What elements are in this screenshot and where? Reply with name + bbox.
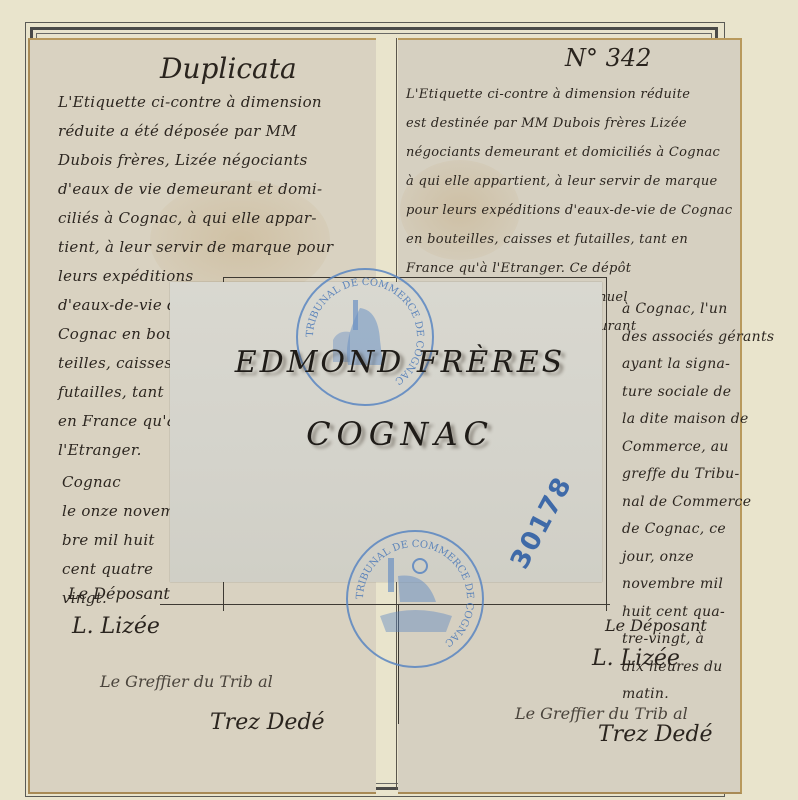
document-number: N° 342 <box>565 44 651 72</box>
tribunal-stamp-bottom: TRIBUNAL DE COMMERCE DE COGNAC <box>346 530 484 668</box>
right-clerk-label: Le Greffier du Trib al <box>515 704 688 723</box>
left-clerk-signature: Trez Dedé <box>210 710 325 735</box>
right-depositor-signature: L. Lizée <box>592 646 680 671</box>
left-depositor-label: Le Déposant <box>68 584 170 603</box>
document-title: Duplicata <box>160 52 297 85</box>
label-brand-city: COGNAC <box>230 415 570 453</box>
right-depositor-label: Le Déposant <box>605 616 707 635</box>
left-clerk-label: Le Greffier du Trib al <box>100 672 273 691</box>
label-brand-name: EDMOND FRÈRES <box>230 345 570 380</box>
right-clerk-signature: Trez Dedé <box>598 722 713 747</box>
left-depositor-signature: L. Lizée <box>72 614 160 639</box>
tribunal-stamp-top: TRIBUNAL DE COMMERCE DE COGNAC <box>296 268 434 406</box>
